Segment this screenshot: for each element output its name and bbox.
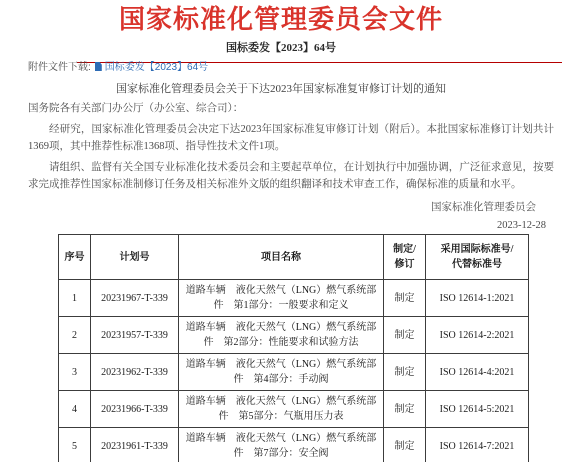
issuer-name: 国家标准化管理委员会 [28, 201, 554, 214]
cell-standard-number: ISO 12614-7:2021 [426, 428, 529, 462]
table-header-cell: 项目名称 [179, 235, 384, 280]
cell-plan-number: 20231966-T-339 [91, 391, 179, 428]
standards-plan-table: 序号计划号项目名称制定/ 修订采用国际标准号/ 代替标准号 1 20231967… [58, 234, 529, 462]
cell-type: 制定 [384, 391, 426, 428]
document-page: 国家标准化管理委员会文件 国标委发【2023】64号 附件文件下载:国标委发【2… [0, 5, 562, 462]
table-row: 5 20231961-T-339 道路车辆 液化天然气（LNG）燃气系统部件 第… [59, 428, 529, 462]
cell-index: 4 [59, 391, 91, 428]
cell-project-name: 道路车辆 液化天然气（LNG）燃气系统部件 第2部分：性能要求和试验方法 [179, 317, 384, 354]
cell-type: 制定 [384, 354, 426, 391]
table-header-cell: 计划号 [91, 235, 179, 280]
cell-index: 3 [59, 354, 91, 391]
cell-project-name: 道路车辆 液化天然气（LNG）燃气系统部件 第4部分：手动阀 [179, 354, 384, 391]
cell-plan-number: 20231957-T-339 [91, 317, 179, 354]
cell-plan-number: 20231962-T-339 [91, 354, 179, 391]
document-number: 国标委发【2023】64号 [0, 42, 562, 55]
file-icon [95, 62, 102, 71]
issue-date: 2023-12-28 [28, 219, 554, 232]
cell-project-name: 道路车辆 液化天然气（LNG）燃气系统部件 第1部分：一般要求和定义 [179, 280, 384, 317]
cell-plan-number: 20231967-T-339 [91, 280, 179, 317]
cell-type: 制定 [384, 428, 426, 462]
cell-index: 1 [59, 280, 91, 317]
document-body: 国务院各有关部门办公厅（办公室、综合司）： 经研究，国家标准化管理委员会决定下达… [0, 102, 562, 232]
cell-project-name: 道路车辆 液化天然气（LNG）燃气系统部件 第5部分：气瓶用压力表 [179, 391, 384, 428]
salutation: 国务院各有关部门办公厅（办公室、综合司）： [28, 102, 554, 115]
table-row: 2 20231957-T-339 道路车辆 液化天然气（LNG）燃气系统部件 第… [59, 317, 529, 354]
cell-index: 5 [59, 428, 91, 462]
cell-standard-number: ISO 12614-1:2021 [426, 280, 529, 317]
table-header-cell: 序号 [59, 235, 91, 280]
cell-type: 制定 [384, 280, 426, 317]
table-row: 3 20231962-T-339 道路车辆 液化天然气（LNG）燃气系统部件 第… [59, 354, 529, 391]
cell-project-name: 道路车辆 液化天然气（LNG）燃气系统部件 第7部分：安全阀 [179, 428, 384, 462]
cell-plan-number: 20231961-T-339 [91, 428, 179, 462]
table-header-cell: 制定/ 修订 [384, 235, 426, 280]
table-body: 1 20231967-T-339 道路车辆 液化天然气（LNG）燃气系统部件 第… [59, 280, 529, 462]
table-header: 序号计划号项目名称制定/ 修订采用国际标准号/ 代替标准号 [59, 235, 529, 280]
attachment-link[interactable]: 国标委发【2023】64号 [105, 62, 208, 73]
attachment-download: 附件文件下载:国标委发【2023】64号 [28, 62, 208, 74]
cell-standard-number: ISO 12614-4:2021 [426, 354, 529, 391]
cell-standard-number: ISO 12614-2:2021 [426, 317, 529, 354]
cell-index: 2 [59, 317, 91, 354]
paragraph-instructions: 请组织、监督有关全国专业标准化技术委员会和主要起草单位，在计划执行中加强协调，广… [28, 159, 554, 193]
notice-title: 国家标准化管理委员会关于下达2023年国家标准复审修订计划的通知 [0, 83, 562, 96]
table-row: 4 20231966-T-339 道路车辆 液化天然气（LNG）燃气系统部件 第… [59, 391, 529, 428]
table-header-cell: 采用国际标准号/ 代替标准号 [426, 235, 529, 280]
attachment-row: 附件文件下载:国标委发【2023】64号 [0, 59, 562, 75]
cell-standard-number: ISO 12614-5:2021 [426, 391, 529, 428]
attachment-label: 附件文件下载: [28, 62, 91, 73]
document-title: 国家标准化管理委员会文件 [0, 5, 562, 35]
cell-type: 制定 [384, 317, 426, 354]
table-header-row: 序号计划号项目名称制定/ 修订采用国际标准号/ 代替标准号 [59, 235, 529, 280]
paragraph-plan-summary: 经研究，国家标准化管理委员会决定下达2023年国家标准复审修订计划（附后）。本批… [28, 121, 554, 155]
table-row: 1 20231967-T-339 道路车辆 液化天然气（LNG）燃气系统部件 第… [59, 280, 529, 317]
